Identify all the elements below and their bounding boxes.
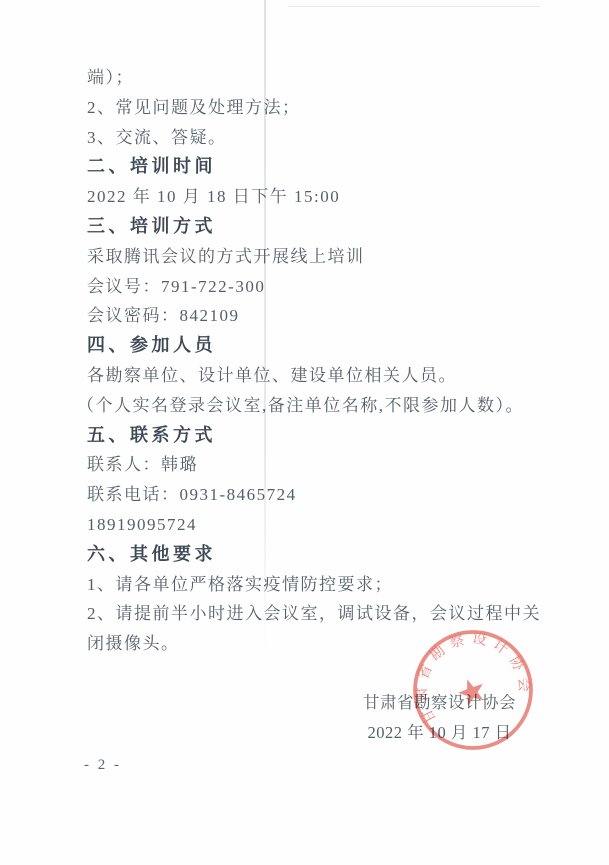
section-heading: 二、培训时间 <box>87 152 557 182</box>
text-line: 会议号：791-722-300 <box>87 272 557 302</box>
text-line: 2、请提前半小时进入会议室，调试设备，会议过程中关 <box>87 599 557 629</box>
section-heading: 六、其他要求 <box>87 540 557 570</box>
text-line: 会议密码：842109 <box>87 301 557 331</box>
text-line: 1、请各单位严格落实疫情防控要求； <box>87 570 557 600</box>
text-line: 3、交流、答疑。 <box>87 123 557 153</box>
section-heading: 三、培训方式 <box>87 212 557 242</box>
section-heading: 五、联系方式 <box>87 421 557 451</box>
scan-streak-horizontal <box>288 6 540 7</box>
text-line: 2、常见问题及处理方法； <box>87 93 557 123</box>
document-page: 端）； 2、常见问题及处理方法； 3、交流、答疑。 二、培训时间 2022 年 … <box>0 0 609 865</box>
text-line: 联系人：韩璐 <box>87 450 557 480</box>
text-line: 采取腾讯会议的方式开展线上培训 <box>87 242 557 272</box>
signature-block: 甘肃省勘察设计协会 2022 年 10 月 17 日 <box>352 688 527 748</box>
signature-date: 2022 年 10 月 17 日 <box>352 718 527 748</box>
text-line: 各勘察单位、设计单位、建设单位相关人员。 <box>87 361 557 391</box>
section-heading: 四、参加人员 <box>87 331 557 361</box>
text-line: 2022 年 10 月 18 日下午 15:00 <box>87 182 557 212</box>
text-line: 端）； <box>87 63 557 93</box>
text-line: 闭摄像头。 <box>87 629 557 659</box>
page-number: - 2 - <box>84 757 122 774</box>
text-line: 18919095724 <box>87 510 557 540</box>
text-line: 联系电话：0931-8465724 <box>87 480 557 510</box>
signature-org: 甘肃省勘察设计协会 <box>352 688 527 718</box>
document-body: 端）； 2、常见问题及处理方法； 3、交流、答疑。 二、培训时间 2022 年 … <box>87 63 557 659</box>
text-line: （个人实名登录会议室,备注单位名称,不限参加人数）。 <box>77 391 557 421</box>
